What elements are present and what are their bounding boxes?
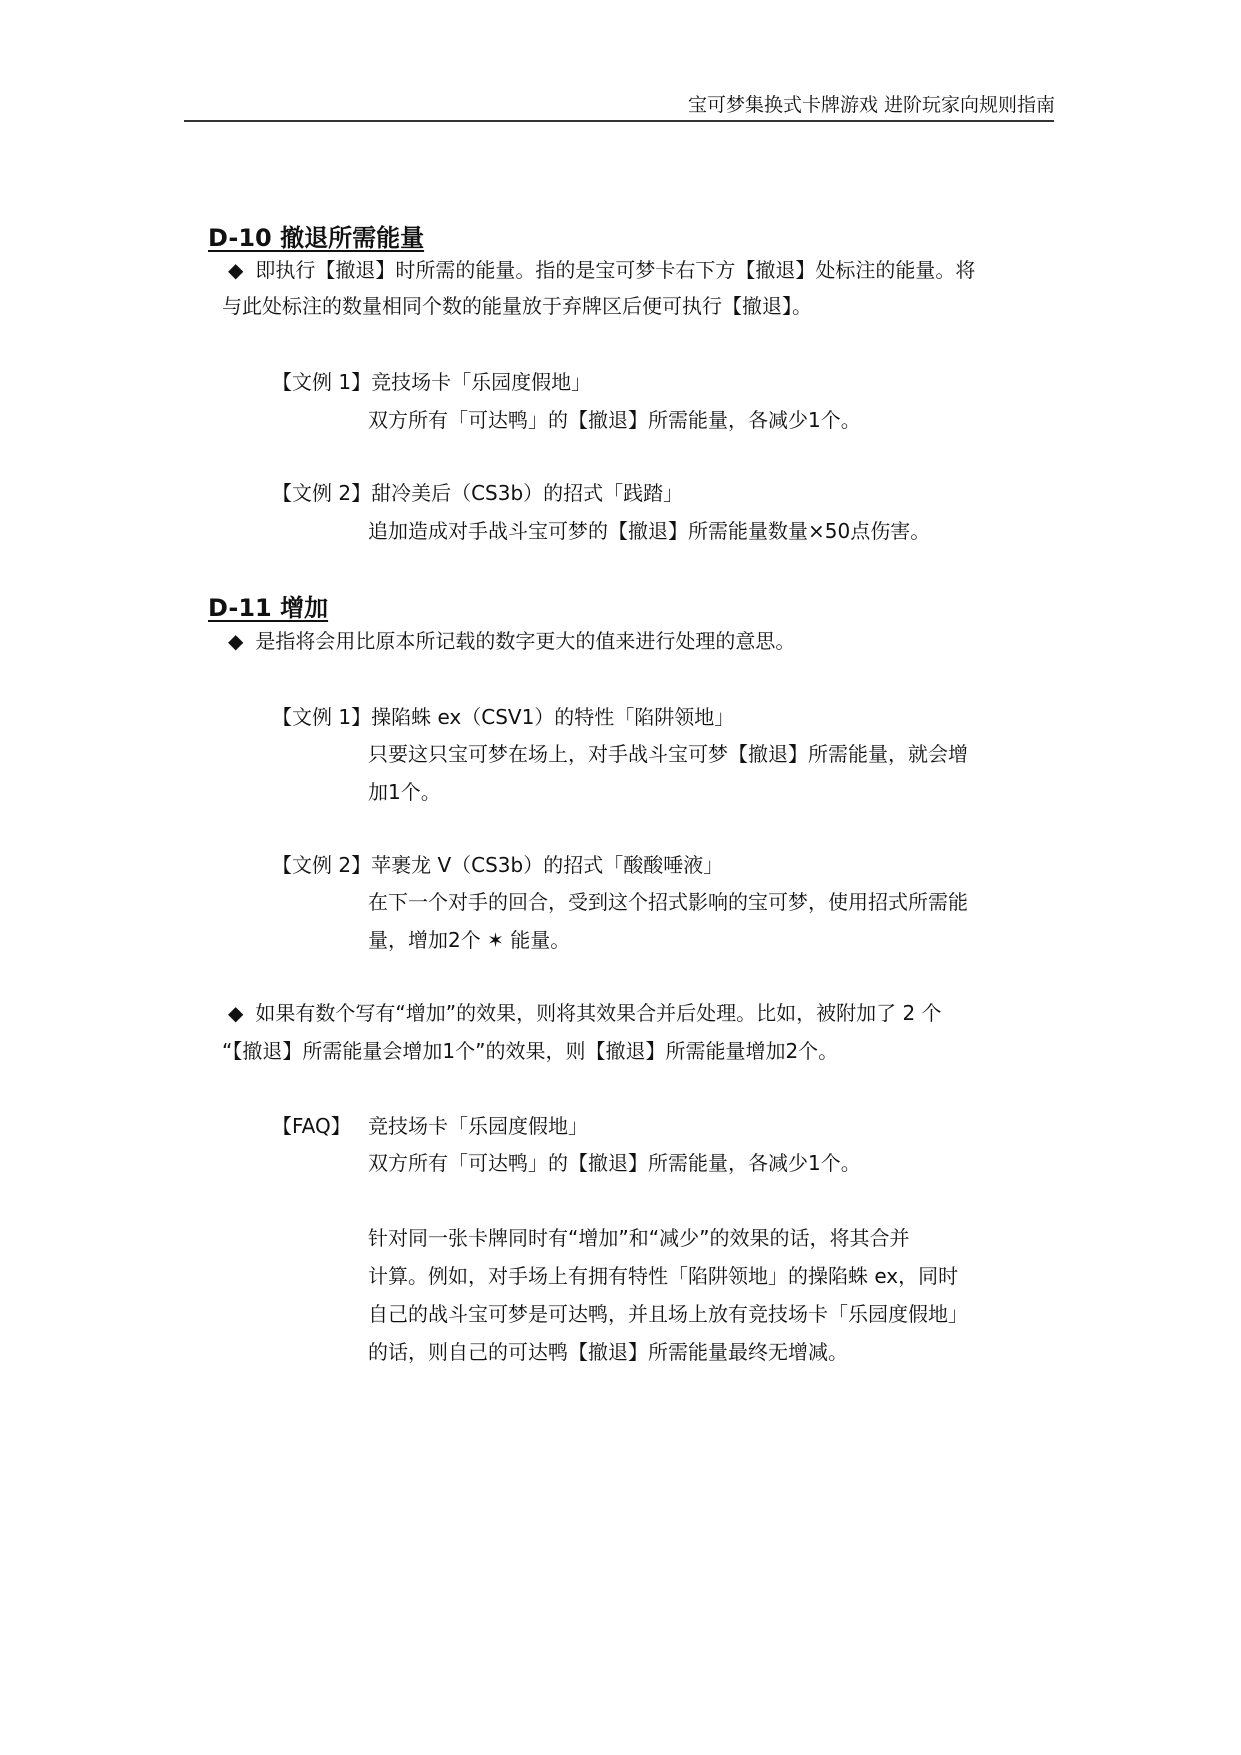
d11-example2-heading-row: 【文例 2】苹裹龙 V（CS3b）的招式「酸酸唾液」 — [272, 845, 723, 885]
faq-label: 【FAQ】 — [272, 1106, 351, 1146]
d11-bullet1-text: 是指将会用比原本所记载的数字更大的值来进行处理的意思。 — [255, 629, 795, 653]
header-rule — [184, 120, 1054, 122]
faq-answer-line3: 自己的战斗宝可梦是可达鸭，并且场上放有竞技场卡「乐园度假地」 — [368, 1294, 968, 1334]
example-heading: 竞技场卡「乐园度假地」 — [371, 370, 591, 394]
example-label: 【文例 1】 — [272, 362, 371, 402]
example-label: 【文例 2】 — [272, 845, 371, 885]
diamond-bullet-icon: ◆ — [228, 258, 243, 282]
example-label: 【文例 2】 — [272, 473, 371, 513]
running-header: 宝可梦集换式卡牌游戏 进阶玩家向规则指南 — [688, 90, 1055, 117]
diamond-bullet-icon: ◆ — [228, 1001, 243, 1025]
d11-bullet2-line1: ◆如果有数个写有“增加”的效果，则将其效果合并后处理。比如，被附加了 2 个 — [228, 993, 942, 1033]
diamond-bullet-icon: ◆ — [228, 629, 243, 653]
d11-bullet2-text1: 如果有数个写有“增加”的效果，则将其效果合并后处理。比如，被附加了 2 个 — [255, 1001, 941, 1025]
example-heading: 苹裹龙 V（CS3b）的招式「酸酸唾液」 — [371, 853, 723, 877]
d11-example1-line2: 加1个。 — [368, 772, 441, 812]
faq-answer-line1: 针对同一张卡牌同时有“增加”和“减少”的效果的话，将其合并 — [368, 1218, 909, 1258]
example-heading: 甜冷美后（CS3b）的招式「践踏」 — [371, 481, 683, 505]
example-heading: 操陷蛛 ex（CSV1）的特性「陷阱领地」 — [371, 705, 734, 729]
section-title-d10: D-10 撤退所需能量 — [208, 218, 424, 253]
d11-bullet2-line2: “【撤退】所需能量会增加1个”的效果，则【撤退】所需能量增加2个。 — [222, 1031, 838, 1071]
faq-line1: 双方所有「可达鸭」的【撤退】所需能量，各减少1个。 — [368, 1143, 861, 1183]
faq-answer-line4: 的话，则自己的可达鸭【撤退】所需能量最终无增减。 — [368, 1332, 848, 1372]
faq-heading: 竞技场卡「乐园度假地」 — [368, 1106, 588, 1146]
d10-bullet-line1: ◆即执行【撤退】时所需的能量。指的是宝可梦卡右下方【撤退】处标注的能量。将 — [228, 250, 975, 290]
d10-bullet-line2: 与此处标注的数量相同个数的能量放于弃牌区后便可执行【撤退】。 — [222, 286, 812, 326]
d11-example1-heading-row: 【文例 1】操陷蛛 ex（CSV1）的特性「陷阱领地」 — [272, 697, 734, 737]
d11-example2-line2: 量，增加2个 ✶ 能量。 — [368, 920, 570, 960]
d10-example2-heading-row: 【文例 2】甜冷美后（CS3b）的招式「践踏」 — [272, 473, 683, 513]
d10-example2-line: 追加造成对手战斗宝可梦的【撤退】所需能量数量×50点伤害。 — [368, 511, 930, 551]
section-title-d11: D-11 增加 — [208, 588, 328, 623]
d10-example1-heading-row: 【文例 1】竞技场卡「乐园度假地」 — [272, 362, 591, 402]
faq-answer-line2: 计算。例如，对手场上有拥有特性「陷阱领地」的操陷蛛 ex，同时 — [368, 1256, 958, 1296]
example-label: 【文例 1】 — [272, 697, 371, 737]
d11-example2-line1: 在下一个对手的回合，受到这个招式影响的宝可梦，使用招式所需能 — [368, 882, 968, 922]
d10-bullet-text1: 即执行【撤退】时所需的能量。指的是宝可梦卡右下方【撤退】处标注的能量。将 — [255, 258, 975, 282]
d11-bullet1-line1: ◆是指将会用比原本所记载的数字更大的值来进行处理的意思。 — [228, 621, 795, 661]
d11-example1-line1: 只要这只宝可梦在场上，对手战斗宝可梦【撤退】所需能量，就会增 — [368, 734, 968, 774]
d10-example1-line: 双方所有「可达鸭」的【撤退】所需能量，各减少1个。 — [368, 400, 861, 440]
